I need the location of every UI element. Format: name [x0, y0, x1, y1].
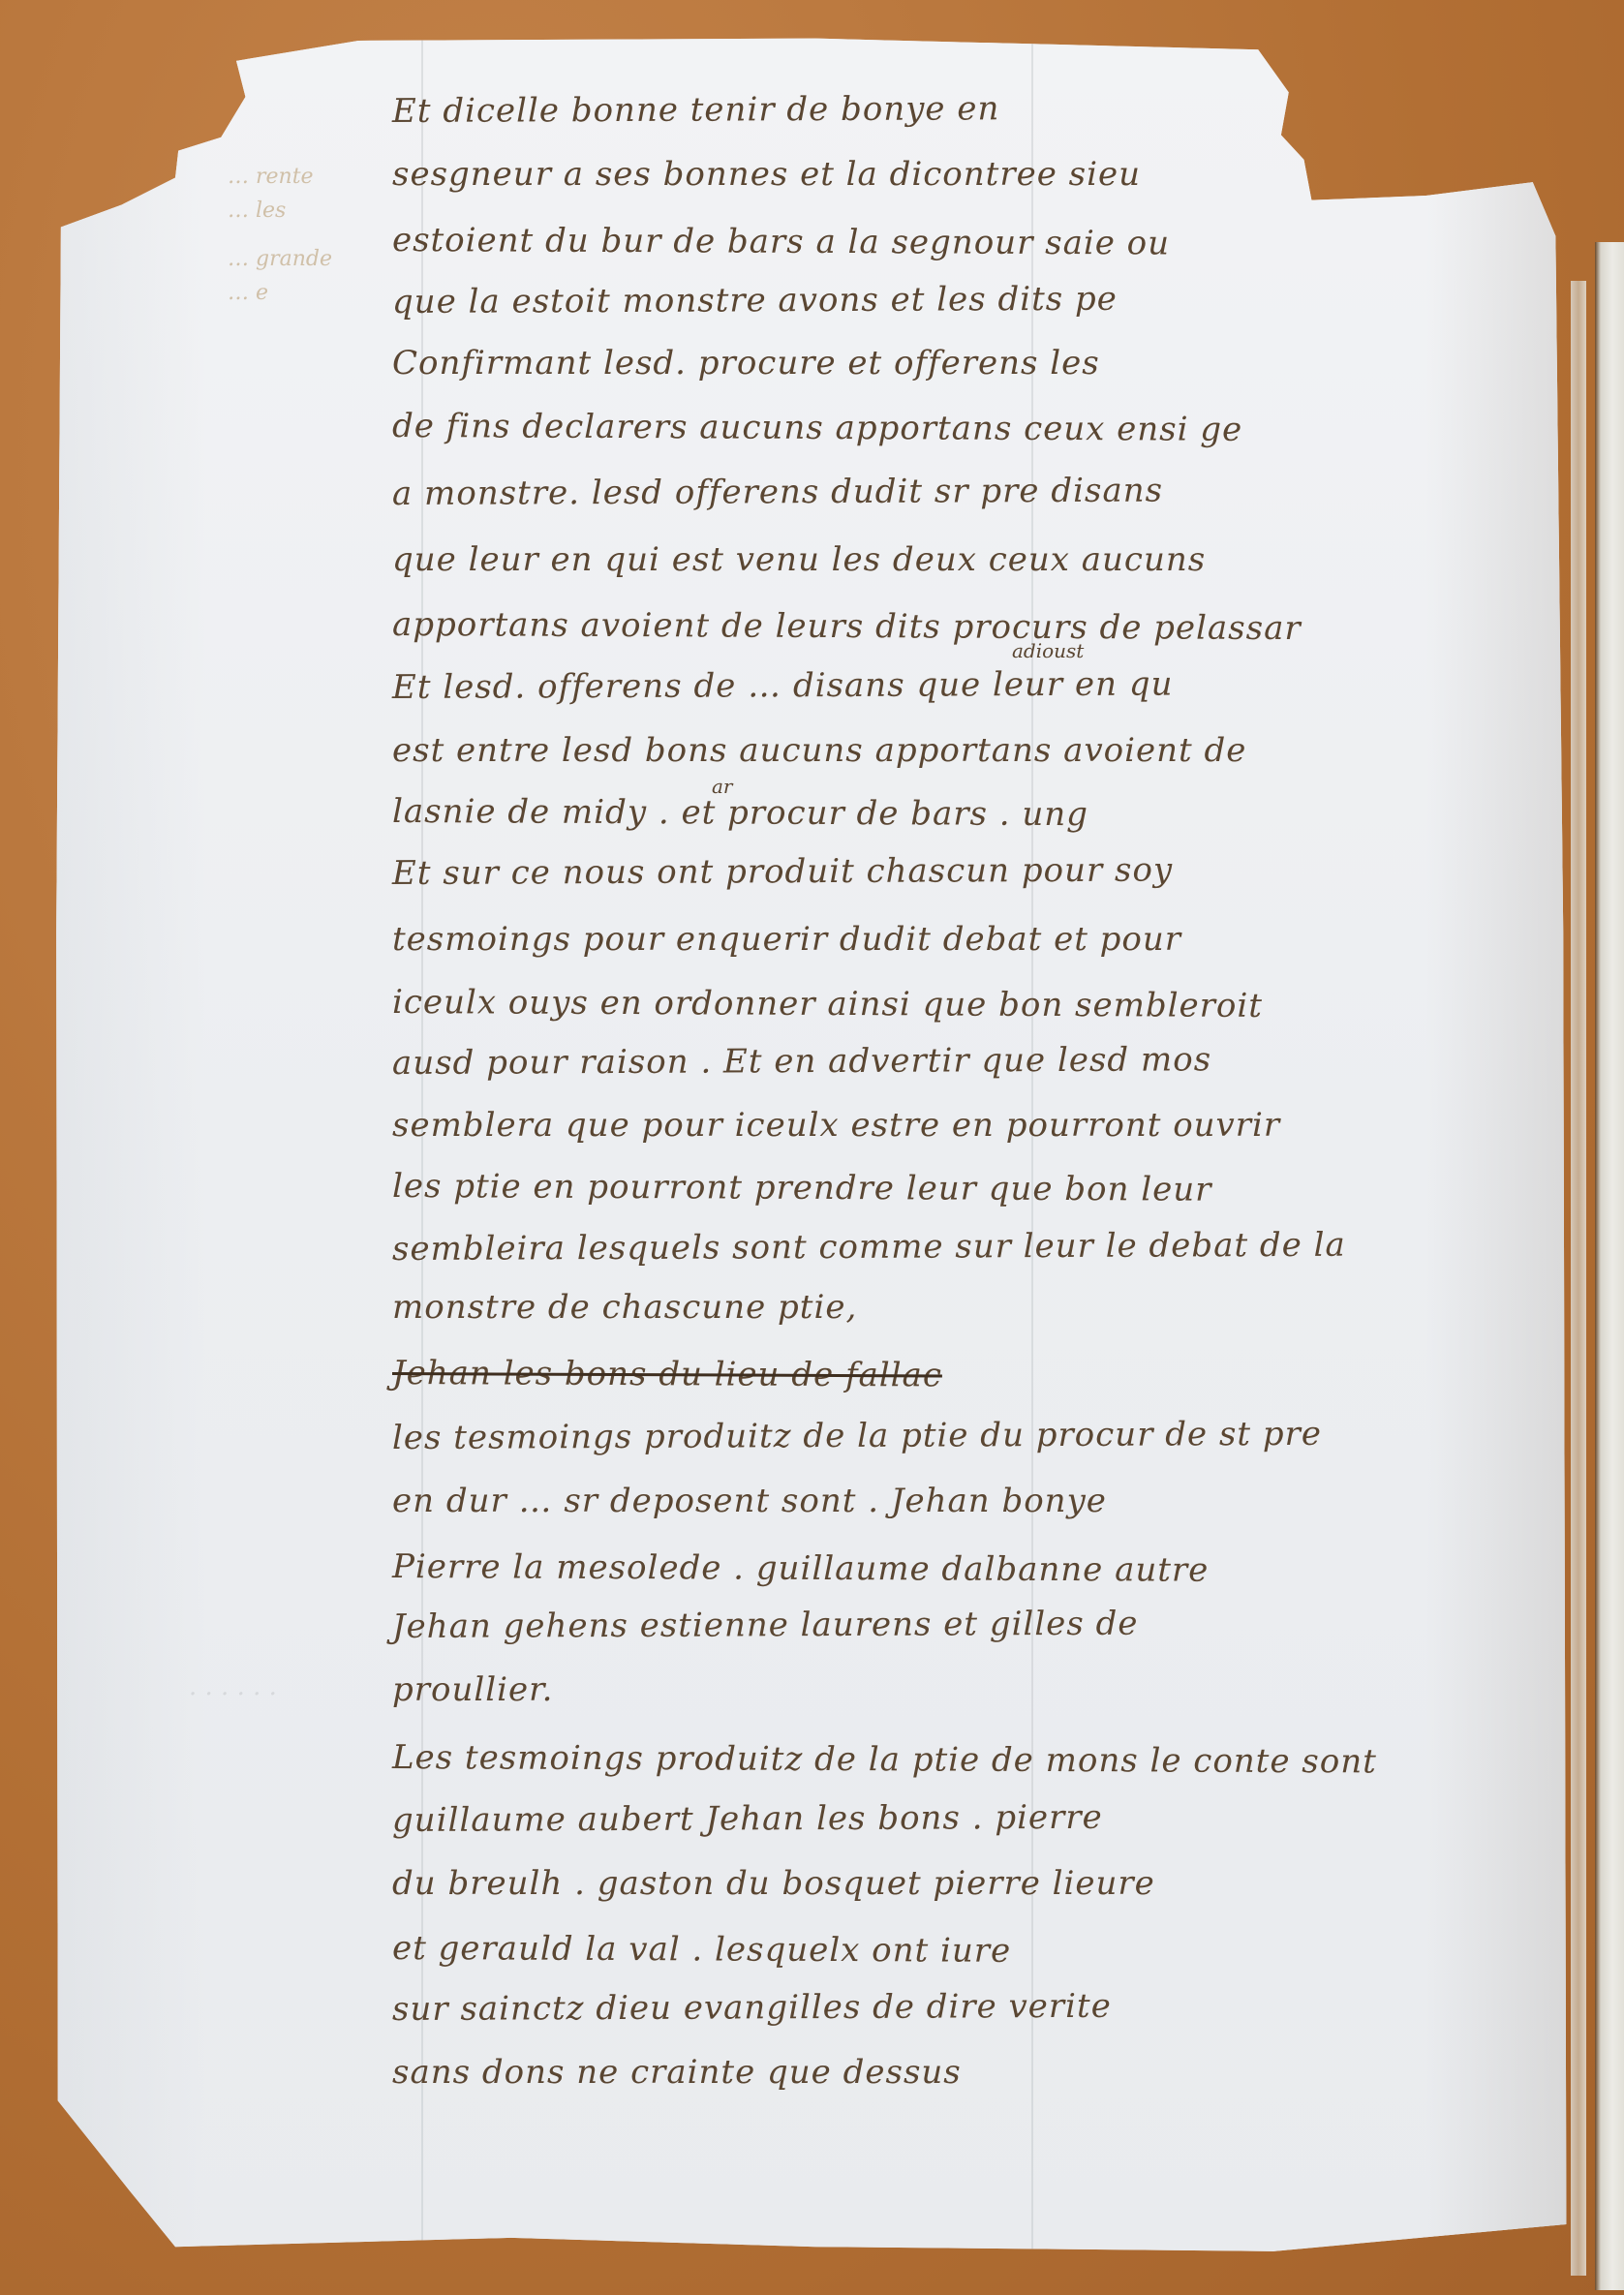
text-line: Et dicelle bonne tenir de bonye en	[392, 89, 999, 131]
text-line: Confirmant lesd. procure et offerens les	[392, 344, 1100, 382]
text-line: que leur en qui est venu les deux ceux a…	[392, 540, 1206, 579]
text-line: du breulh . gaston du bosquet pierre lie…	[392, 1864, 1155, 1903]
text-line: lasnie de midy . et procur de bars . ung	[392, 792, 1088, 834]
text-line: tesmoings pour enquerir dudit debat et p…	[392, 920, 1181, 959]
text-line: sesgneur a ses bonnes et la dicontree si…	[392, 155, 1141, 194]
text-line: Et sur ce nous ont produit chascun pour …	[392, 850, 1173, 893]
text-line: Jehan gehens estienne laurens et gilles …	[392, 1605, 1139, 1646]
text-line: sur sainctz dieu evangilles de dire veri…	[392, 1987, 1112, 2029]
bleed-through-text: · · · · · ·	[189, 1680, 277, 1709]
interlinear-note: ar	[712, 775, 732, 798]
text-line: guillaume aubert Jehan les bons . pierre	[392, 1798, 1103, 1840]
text-line: monstre de chascune ptie,	[392, 1288, 857, 1327]
text-line: apportans avoient de leurs dits procurs …	[392, 605, 1302, 648]
margin-note: … e	[228, 281, 268, 305]
text-line: iceulx ouys en ordonner ainsi que bon se…	[392, 983, 1263, 1025]
struck-through-line: Jehan les bons du lieu de fallac	[392, 1354, 942, 1394]
text-line: sans dons ne crainte que dessus	[392, 2053, 962, 2092]
text-line: et gerauld la val . lesquelx ont iure	[392, 1929, 1011, 1971]
text-line: sembleira lesquels sont comme sur leur l…	[392, 1226, 1346, 1269]
margin-note: … grande	[228, 247, 332, 271]
text-line: Pierre la mesolede . guillaume dalbanne …	[392, 1547, 1210, 1590]
interlinear-note: adioust	[1012, 639, 1084, 662]
text-line: de fins declarers aucuns apportans ceux …	[392, 407, 1242, 449]
text-line: Et lesd. offerens de … disans que leur e…	[392, 664, 1174, 707]
text-line: proullier.	[392, 1670, 553, 1709]
text-line: est entre lesd bons aucuns apportans avo…	[392, 731, 1246, 770]
text-line: ausd pour raison . Et en advertir que le…	[392, 1040, 1211, 1083]
text-line: en dur … sr deposent sont . Jehan bonye	[392, 1482, 1107, 1520]
adjacent-page-edge	[1595, 242, 1624, 2290]
page-edge-shadow	[1571, 281, 1586, 2276]
margin-note: … rente	[228, 165, 314, 189]
text-line: les ptie en pourront prendre leur que bo…	[392, 1167, 1212, 1209]
text-line: a monstre. lesd offerens dudit sr pre di…	[392, 472, 1163, 513]
text-line: semblera que pour iceulx estre en pourro…	[392, 1106, 1280, 1145]
text-line: Les tesmoings produitz de la ptie de mon…	[392, 1738, 1377, 1781]
text-line: les tesmoings produitz de la ptie du pro…	[392, 1415, 1322, 1457]
margin-note: … les	[228, 199, 286, 223]
text-line: estoient du bur de bars a la segnour sai…	[392, 221, 1170, 263]
text-line: que la estoit monstre avons et les dits …	[392, 280, 1118, 321]
